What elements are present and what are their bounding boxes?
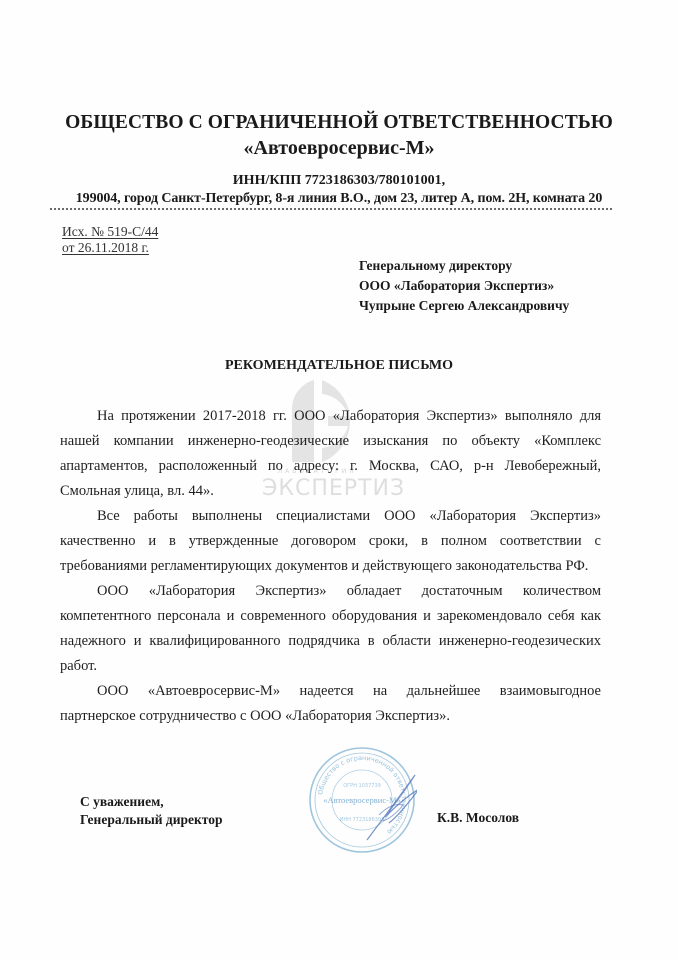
reference-block: Исх. № 519-С/44 от 26.11.2018 г. [62, 224, 158, 256]
letter-page: ЛАБОРАТОРИЯ ЭКСПЕРТИЗ ОБЩЕСТВО С ОГРАНИЧ… [0, 0, 678, 960]
addressee-name: Чупрыне Сергею Александровичу [359, 296, 569, 316]
org-address: 199004, город Санкт-Петербург, 8-я линия… [0, 190, 678, 208]
paragraph: Все работы выполнены специалистами ООО «… [60, 504, 601, 579]
svg-text:«Автоевросервис-М»: «Автоевросервис-М» [323, 795, 401, 805]
addressee-position: Генеральному директору [359, 256, 569, 276]
outgoing-number: Исх. № 519-С/44 [62, 224, 158, 240]
svg-text:Общество с ограниченной ответс: Общество с ограниченной ответственностью [316, 754, 408, 836]
closing-block: С уважением, Генеральный директор [80, 793, 222, 829]
svg-text:ОГРН 1037739: ОГРН 1037739 [343, 783, 381, 789]
org-legal-form: ОБЩЕСТВО С ОГРАНИЧЕННОЙ ОТВЕТСТВЕННОСТЬЮ [0, 110, 678, 136]
org-brand-name: «Автоевросервис-М» [0, 135, 678, 161]
paragraph: ООО «Автоевросервис-М» надеется на дальн… [60, 679, 601, 729]
letterhead-divider [50, 208, 612, 210]
addressee-company: ООО «Лаборатория Экспертиз» [359, 276, 569, 296]
svg-text:ИНН 7723186303: ИНН 7723186303 [340, 817, 385, 823]
paragraph: ООО «Лаборатория Экспертиз» обладает дос… [60, 579, 601, 679]
letter-body: На протяжении 2017-2018 гг. ООО «Лаборат… [60, 404, 601, 729]
reference-date: от 26.11.2018 г. [62, 240, 158, 256]
letter-title: РЕКОМЕНДАТЕЛЬНОЕ ПИСЬМО [0, 357, 678, 375]
paragraph: На протяжении 2017-2018 гг. ООО «Лаборат… [60, 404, 601, 504]
signer-position: Генеральный директор [80, 811, 222, 829]
company-stamp: Общество с ограниченной ответственностью… [307, 745, 417, 855]
closing-phrase: С уважением, [80, 793, 222, 811]
signer-name: К.В. Мосолов [437, 809, 519, 827]
addressee-block: Генеральному директору ООО «Лаборатория … [359, 256, 569, 316]
org-inn-kpp: ИНН/КПП 7723186303/780101001, [0, 172, 678, 190]
stamp-seal-icon: Общество с ограниченной ответственностью… [307, 745, 417, 855]
